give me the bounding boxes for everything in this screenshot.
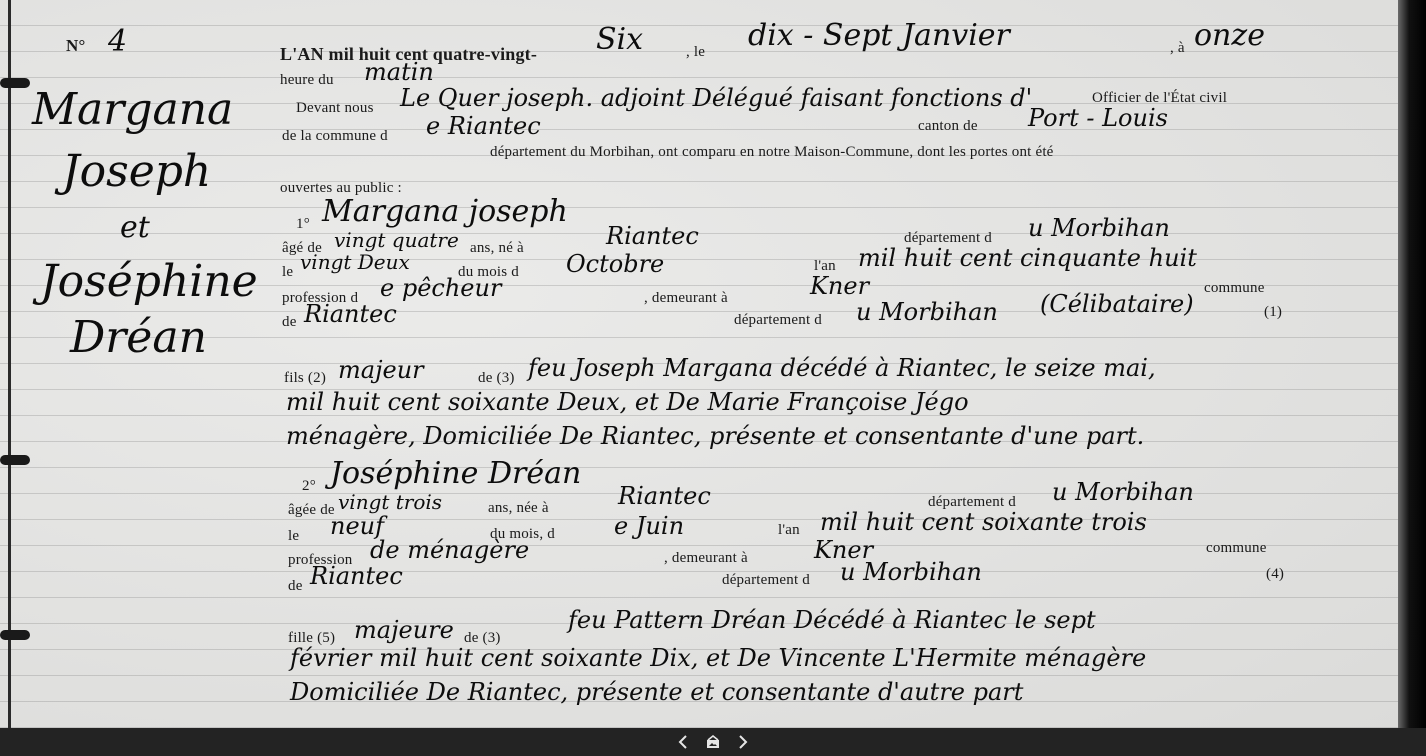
groom-res-dept: u Morbihan — [856, 298, 998, 326]
header-officer-handwritten: Le Quer joseph. adjoint Délégué faisant … — [400, 84, 1032, 112]
binding-stitch — [0, 78, 30, 88]
header-hour-handwritten: onze — [1194, 18, 1265, 53]
header-period-handwritten: matin — [364, 58, 434, 86]
groom-residence-commune: Riantec — [304, 300, 397, 328]
bride-profession: de ménagère — [370, 536, 529, 564]
bride-date-label: le — [288, 528, 299, 545]
bride-parents-line1: feu Pattern Dréan Décédé à Riantec le se… — [568, 606, 1096, 634]
header-year-handwritten: Six — [596, 22, 643, 57]
bride-dept: u Morbihan — [1052, 478, 1194, 506]
bride-res-dept-label: département d — [722, 572, 810, 589]
groom-index: 1° — [296, 216, 310, 233]
bride-index: 2° — [302, 478, 316, 495]
margin-firstname-groom: Joseph — [62, 146, 211, 197]
header-commune-printed: de la commune d — [282, 128, 388, 145]
groom-parents-line3: ménagère, Domiciliée De Riantec, présent… — [286, 422, 1144, 450]
gallery-button[interactable] — [703, 732, 723, 752]
bride-res-dept: u Morbihan — [840, 558, 982, 586]
act-number-label: N° — [66, 36, 85, 56]
margin-surname-bride: Dréan — [70, 312, 207, 363]
bride-note-ref: (4) — [1266, 566, 1284, 583]
groom-birth-month: Octobre — [566, 250, 664, 278]
chevron-left-icon — [678, 735, 688, 749]
bride-year-label: l'an — [778, 522, 800, 539]
groom-marital-status: (Célibataire) — [1040, 290, 1194, 318]
groom-of-label: de — [282, 314, 297, 331]
bride-age: vingt trois — [338, 490, 442, 514]
page-edge-shadow — [1398, 0, 1426, 728]
groom-dept: u Morbihan — [1028, 214, 1170, 242]
gallery-home-icon — [705, 735, 721, 749]
previous-page-button[interactable] — [673, 732, 693, 752]
margin-surname-groom: Margana — [32, 84, 233, 135]
header-commune-handwritten: e Riantec — [426, 112, 541, 140]
chevron-right-icon — [738, 735, 748, 749]
groom-majority: majeur — [338, 356, 424, 384]
groom-commune-label: commune — [1204, 280, 1265, 297]
bride-name: Joséphine Dréan — [330, 456, 581, 491]
bride-birth-year: mil huit cent soixante trois — [820, 508, 1147, 536]
groom-parents-line1: feu Joseph Margana décédé à Riantec, le … — [528, 354, 1156, 382]
bride-of-label: de — [288, 578, 303, 595]
groom-note-ref: (1) — [1264, 304, 1282, 321]
groom-parents-line2: mil huit cent soixante Deux, et De Marie… — [286, 388, 969, 416]
groom-parents-label: de (3) — [478, 370, 515, 387]
groom-filiation-label: fils (2) — [284, 370, 326, 387]
bride-birthplace: Riantec — [618, 482, 711, 510]
header-date-handwritten: dix - Sept Janvier — [748, 18, 1010, 53]
bride-age-label: âgée de — [288, 502, 335, 519]
bride-majority: majeure — [354, 616, 454, 644]
bride-parents-line2: février mil huit cent soixante Dix, et D… — [290, 644, 1146, 672]
bride-commune-label: commune — [1206, 540, 1267, 557]
groom-date-label: le — [282, 264, 293, 281]
binding-stitch — [0, 455, 30, 465]
act-number-value: 4 — [108, 24, 127, 59]
groom-birth-day: vingt Deux — [300, 250, 410, 274]
register-page-scan: N° 4 Margana Joseph et Joséphine Dréan L… — [0, 0, 1398, 728]
bride-parents-line3: Domiciliée De Riantec, présente et conse… — [290, 678, 1023, 706]
bride-residence-commune: Riantec — [310, 562, 403, 590]
header-canton-printed: canton de — [918, 118, 978, 135]
groom-residence-label: , demeurant à — [644, 290, 728, 307]
next-page-button[interactable] — [733, 732, 753, 752]
groom-birthplace: Riantec — [606, 222, 699, 250]
header-departement-printed: département du Morbihan, ont comparu en … — [490, 144, 1054, 161]
bride-born-label: ans, née à — [488, 500, 549, 517]
bride-residence-label: , demeurant à — [664, 550, 748, 567]
groom-birth-year: mil huit cent cinquante huit — [858, 244, 1197, 272]
header-canton-handwritten: Port - Louis — [1028, 104, 1168, 132]
groom-residence: Kner — [810, 272, 869, 300]
margin-firstname-bride: Joséphine — [40, 256, 258, 307]
header-le-printed: , le — [686, 44, 705, 61]
groom-profession: e pêcheur — [380, 274, 501, 302]
groom-res-dept-label: département d — [734, 312, 822, 329]
document-viewer[interactable]: N° 4 Margana Joseph et Joséphine Dréan L… — [0, 0, 1426, 728]
header-heure-printed: heure du — [280, 72, 334, 89]
bride-birth-month: e Juin — [614, 512, 684, 540]
viewer-toolbar — [0, 728, 1426, 756]
groom-age: vingt quatre — [334, 228, 459, 252]
groom-name: Margana joseph — [322, 194, 568, 229]
binding-stitch — [0, 630, 30, 640]
margin-conjunction: et — [120, 210, 150, 245]
groom-born-label: ans, né à — [470, 240, 524, 257]
binding-spine — [8, 0, 11, 728]
header-a-printed: , à — [1170, 40, 1185, 57]
header-devant-printed: Devant nous — [296, 100, 374, 117]
